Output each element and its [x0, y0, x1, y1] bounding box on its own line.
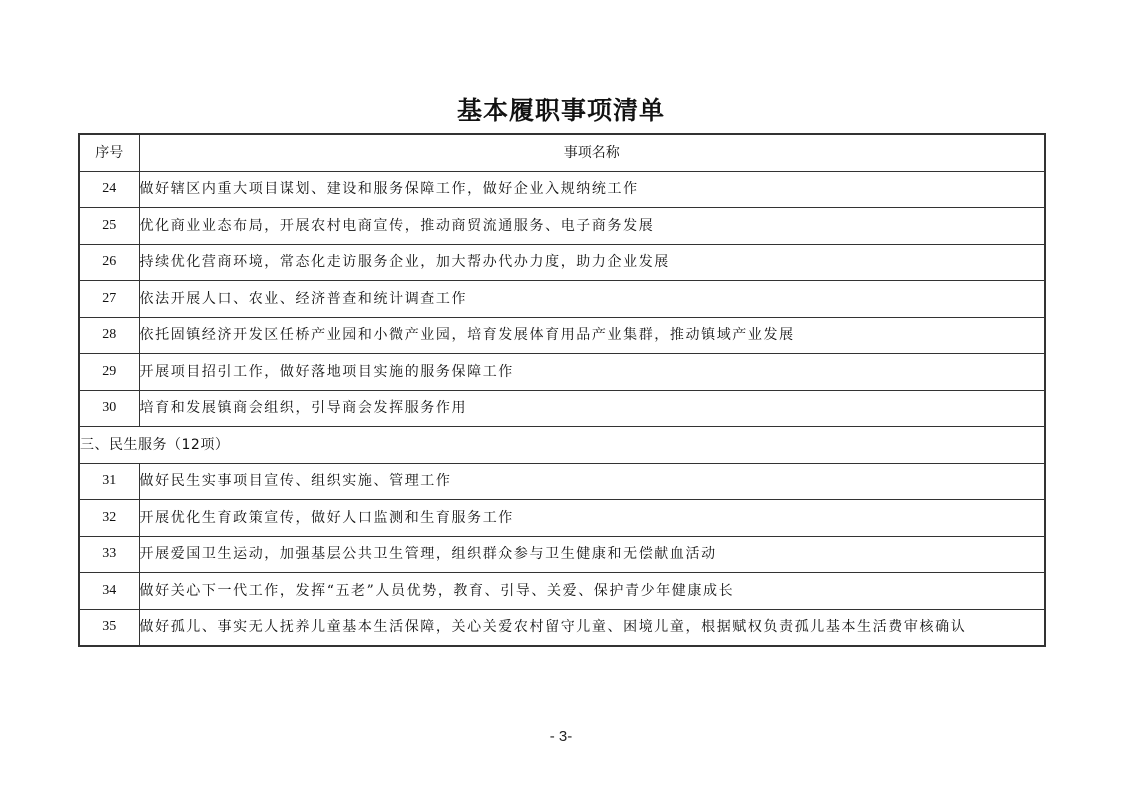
table-row: 28 依托固镇经济开发区任桥产业园和小微产业园，培育发展体育用品产业集群，推动镇… [79, 317, 1045, 354]
table-row: 31 做好民生实事项目宣传、组织实施、管理工作 [79, 463, 1045, 500]
page-number: - 3- [0, 728, 1122, 745]
section-heading-livelihood-services: 三、民生服务（12项） [79, 427, 1045, 464]
row-item-name: 做好孤儿、事实无人抚养儿童基本生活保障，关心关爱农村留守儿童、困境儿童，根据赋权… [139, 609, 1045, 646]
table-row: 27 依法开展人口、农业、经济普查和统计调查工作 [79, 281, 1045, 318]
table-row: 24 做好辖区内重大项目谋划、建设和服务保障工作，做好企业入规纳统工作 [79, 171, 1045, 208]
row-serial-number: 33 [79, 536, 139, 573]
table-row: 32 开展优化生育政策宣传，做好人口监测和生育服务工作 [79, 500, 1045, 537]
row-serial-number: 25 [79, 208, 139, 245]
table-row: 29 开展项目招引工作，做好落地项目实施的服务保障工作 [79, 354, 1045, 391]
row-serial-number: 30 [79, 390, 139, 427]
table-row: 26 持续优化营商环境，常态化走访服务企业，加大帮办代办力度，助力企业发展 [79, 244, 1045, 281]
section-header-row: 三、民生服务（12项） [79, 427, 1045, 464]
row-item-name: 依托固镇经济开发区任桥产业园和小微产业园，培育发展体育用品产业集群，推动镇域产业… [139, 317, 1045, 354]
row-serial-number: 27 [79, 281, 139, 318]
table-header-row: 序号 事项名称 [79, 134, 1045, 171]
row-item-name: 做好辖区内重大项目谋划、建设和服务保障工作，做好企业入规纳统工作 [139, 171, 1045, 208]
row-serial-number: 29 [79, 354, 139, 391]
row-item-name: 开展优化生育政策宣传，做好人口监测和生育服务工作 [139, 500, 1045, 537]
row-item-name: 持续优化营商环境，常态化走访服务企业，加大帮办代办力度，助力企业发展 [139, 244, 1045, 281]
table-row: 33 开展爱国卫生运动，加强基层公共卫生管理，组织群众参与卫生健康和无偿献血活动 [79, 536, 1045, 573]
duty-items-table: 序号 事项名称 24 做好辖区内重大项目谋划、建设和服务保障工作，做好企业入规纳… [78, 133, 1046, 647]
header-serial-number: 序号 [79, 134, 139, 171]
row-serial-number: 32 [79, 500, 139, 537]
table-row: 25 优化商业业态布局，开展农村电商宣传，推动商贸流通服务、电子商务发展 [79, 208, 1045, 245]
row-item-name: 优化商业业态布局，开展农村电商宣传，推动商贸流通服务、电子商务发展 [139, 208, 1045, 245]
row-serial-number: 35 [79, 609, 139, 646]
row-item-name: 开展项目招引工作，做好落地项目实施的服务保障工作 [139, 354, 1045, 391]
row-serial-number: 26 [79, 244, 139, 281]
row-item-name: 开展爱国卫生运动，加强基层公共卫生管理，组织群众参与卫生健康和无偿献血活动 [139, 536, 1045, 573]
table-row: 34 做好关心下一代工作，发挥“五老”人员优势，教育、引导、关爱、保护青少年健康… [79, 573, 1045, 610]
table-row: 35 做好孤儿、事实无人抚养儿童基本生活保障，关心关爱农村留守儿童、困境儿童，根… [79, 609, 1045, 646]
row-item-name: 培育和发展镇商会组织，引导商会发挥服务作用 [139, 390, 1045, 427]
row-item-name: 依法开展人口、农业、经济普查和统计调查工作 [139, 281, 1045, 318]
document-title: 基本履职事项清单 [0, 94, 1122, 128]
row-serial-number: 24 [79, 171, 139, 208]
row-serial-number: 31 [79, 463, 139, 500]
row-serial-number: 28 [79, 317, 139, 354]
table-row: 30 培育和发展镇商会组织，引导商会发挥服务作用 [79, 390, 1045, 427]
row-item-name: 做好民生实事项目宣传、组织实施、管理工作 [139, 463, 1045, 500]
row-serial-number: 34 [79, 573, 139, 610]
row-item-name: 做好关心下一代工作，发挥“五老”人员优势，教育、引导、关爱、保护青少年健康成长 [139, 573, 1045, 610]
header-item-name: 事项名称 [139, 134, 1045, 171]
